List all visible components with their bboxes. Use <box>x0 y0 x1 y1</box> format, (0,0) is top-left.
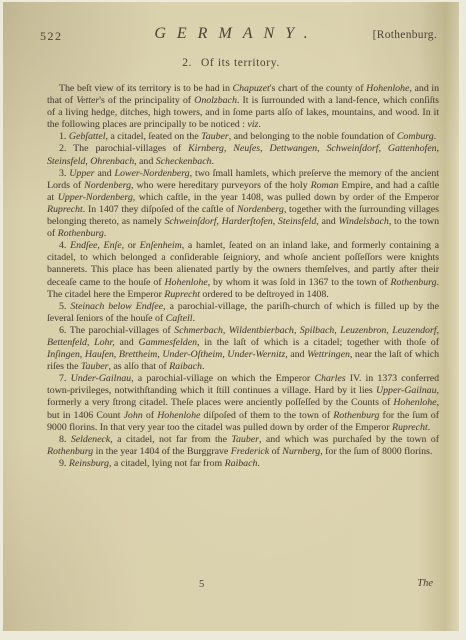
italic-text-segment: Nordenberg <box>237 204 284 215</box>
italic-text-segment: Tauber <box>231 434 259 445</box>
text-segment: , a parochial-village on which the Emper… <box>131 373 314 384</box>
text-segment: and <box>137 156 156 167</box>
italic-text-segment: Hohenlohe <box>366 83 409 94</box>
italic-text-segment: Nordenberg <box>84 180 131 191</box>
italic-text-segment: Inſingen, Hauſen, Brettheim, Under-Oſthe… <box>47 349 288 360</box>
italic-text-segment: Wettringen <box>307 349 350 360</box>
page-surface: 522 GERMANY. [Rothenburg. 2.Of its terri… <box>3 2 459 631</box>
italic-text-segment: Nurnberg <box>282 446 320 457</box>
italic-text-segment: Steinach below Endſee <box>70 301 163 312</box>
body-paragraphs: The beſt view of its territory is to be … <box>47 83 439 470</box>
text-segment: 6. The parochial-villages of <box>59 325 174 336</box>
text-segment: , a citadel, ſeated on the <box>105 131 201 142</box>
text-segment: . <box>434 131 436 142</box>
italic-text-segment: Seldeneck <box>71 434 110 445</box>
text-segment: and <box>115 337 139 348</box>
text-segment: . <box>192 313 194 324</box>
italic-text-segment: Raibach <box>169 361 202 372</box>
italic-text-segment: John <box>124 410 143 421</box>
text-segment: , in the laſt of which is a citadel; tog… <box>197 337 439 348</box>
italic-text-segment: Hohenlohe <box>164 277 207 288</box>
paragraph: 7. Under-Gailnau, a parochial-village on… <box>47 373 439 433</box>
italic-text-segment: Ruprecht <box>392 422 428 433</box>
text-segment: and <box>288 349 307 360</box>
italic-text-segment: Charles <box>314 373 345 384</box>
text-segment: 2. The parochial-villages of <box>59 143 188 154</box>
paragraph: 2. The parochial-villages of Kirnberg, N… <box>47 143 439 167</box>
italic-text-segment: Windelsbach <box>339 216 389 227</box>
italic-text-segment: Caſtell <box>166 313 193 324</box>
text-segment: . <box>428 422 430 433</box>
paragraph: 5. Steinach below Endſee, a parochial-vi… <box>47 301 439 325</box>
scanned-book-page: 522 GERMANY. [Rothenburg. 2.Of its terri… <box>0 0 466 640</box>
text-segment: 's chart of the county of <box>270 83 366 94</box>
text-segment: . <box>257 458 259 469</box>
running-side-title: [Rothenburg. <box>373 29 437 41</box>
text-segment: or <box>124 240 140 251</box>
paragraph: 9. Reinsburg, a citadel, lying not far f… <box>47 458 439 470</box>
text-segment: , as alſo that of <box>108 361 169 372</box>
text-segment: . <box>104 228 106 239</box>
paragraph: 3. Upper and Lower-Nordenberg, two ſmall… <box>47 168 439 241</box>
italic-text-segment: viz <box>247 119 258 130</box>
text-segment: , and which was purchaſed by the town of <box>259 434 439 445</box>
text-segment: 4. <box>59 240 70 251</box>
paragraph: The beſt view of its territory is to be … <box>47 83 439 131</box>
text-segment: diſpoſed of them to the town of <box>200 410 333 421</box>
text-segment: 1. <box>59 131 69 142</box>
text-segment: , who were hereditary purveyors of the h… <box>131 180 311 191</box>
text-segment: of <box>143 410 158 421</box>
text-segment: . <box>202 361 204 372</box>
section-heading: 2.Of its territory. <box>3 57 459 69</box>
text-segment: 7. <box>59 373 71 384</box>
italic-text-segment: Rothenburg <box>47 446 93 457</box>
section-heading-text: Of its territory. <box>201 57 280 69</box>
text-segment: The beſt view of its territory is to be … <box>59 83 233 94</box>
italic-text-segment: Rothenburg <box>390 277 436 288</box>
text-segment: and <box>94 168 114 179</box>
italic-text-segment: Tauber <box>201 131 229 142</box>
italic-text-segment: Lower-Nordenberg <box>115 168 190 179</box>
italic-text-segment: Enſenheim <box>140 240 182 251</box>
italic-text-segment: Reinsburg <box>69 458 109 469</box>
italic-text-segment: Raibach <box>225 458 258 469</box>
italic-text-segment: Onolzbach <box>194 95 237 106</box>
text-segment: and <box>319 216 339 227</box>
text-segment: , which caſtle, in the year 1408, was pu… <box>133 192 439 203</box>
paragraph: 6. The parochial-villages of Schmerbach,… <box>47 325 439 373</box>
text-segment: . <box>211 156 213 167</box>
catchword: The <box>417 578 433 589</box>
italic-text-segment: Comburg <box>397 131 434 142</box>
italic-text-segment: Schweinſdorf, Harderſtofen, Steinsfeld, <box>164 216 318 227</box>
italic-text-segment: Hohenlohe <box>157 410 200 421</box>
italic-text-segment: Rothenburg <box>333 410 379 421</box>
text-segment: , a citadel, lying not far from <box>109 458 225 469</box>
italic-text-segment: Vetter <box>76 95 99 106</box>
italic-text-segment: Ruprecht <box>47 204 83 215</box>
italic-text-segment: Gebſattel <box>69 131 106 142</box>
paragraph: 1. Gebſattel, a citadel, ſeated on the T… <box>47 131 439 143</box>
italic-text-segment: Ruprecht <box>164 289 200 300</box>
italic-text-segment: Upper <box>69 168 94 179</box>
italic-text-segment: Frederick <box>231 446 269 457</box>
italic-text-segment: Roman <box>311 180 339 191</box>
italic-text-segment: Scheckenbach <box>156 156 212 167</box>
text-segment: . In 1407 they diſpoſed of the caſtle of <box>83 204 237 215</box>
italic-text-segment: Endſee, Enſe, <box>70 240 124 251</box>
italic-text-segment: Rothenburg <box>58 228 104 239</box>
section-heading-number: 2. <box>182 57 192 69</box>
paragraph: 4. Endſee, Enſe, or Enſenheim, a hamlet,… <box>47 240 439 300</box>
text-segment: in the year 1404 of the Burggrave <box>93 446 231 457</box>
text-segment: , and belonging to the noble foundation … <box>229 131 397 142</box>
text-segment: of <box>269 446 282 457</box>
text-segment: , a citadel, not far from the <box>110 434 231 445</box>
text-segment: 5. <box>59 301 70 312</box>
italic-text-segment: Upper-Gailnau <box>376 385 437 396</box>
italic-text-segment: Hohenlohe <box>393 397 436 408</box>
italic-text-segment: Upper-Nordenberg <box>58 192 133 203</box>
text-segment: 3. <box>59 168 69 179</box>
text-segment: 's of the principality of <box>99 95 194 106</box>
paragraph: 8. Seldeneck, a citadel, not far from th… <box>47 434 439 458</box>
text-segment: 9. <box>59 458 69 469</box>
italic-text-segment: Under-Gailnau <box>71 373 132 384</box>
text-segment: . <box>258 119 260 130</box>
text-segment: , by whom it was ſold in 1367 to the tow… <box>208 277 391 288</box>
text-segment: 8. <box>59 434 71 445</box>
text-segment: ordered to be deſtroyed in 1408. <box>200 289 329 300</box>
italic-text-segment: Chapuzet <box>233 83 270 94</box>
italic-text-segment: Gammesfelden <box>138 337 197 348</box>
text-segment: , for the ſum of 8000 florins. <box>320 446 432 457</box>
signature-mark: 5 <box>199 579 204 590</box>
italic-text-segment: Tauber <box>81 361 109 372</box>
